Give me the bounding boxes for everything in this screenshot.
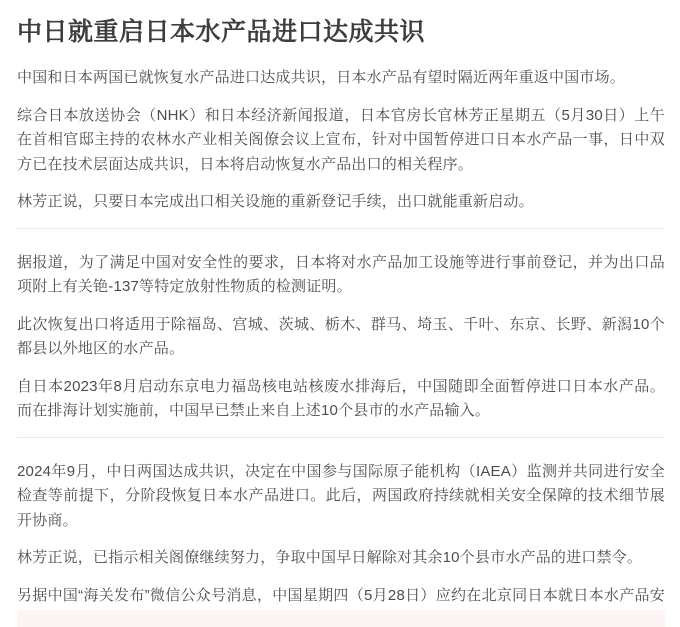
article-lead-paragraph: 中国和日本两国已就恢复水产品进口达成共识，日本水产品有望时隔近两年重返中国市场。	[17, 66, 665, 91]
section-divider	[17, 437, 665, 438]
article-paragraph: 2024年9月，中日两国达成共识，决定在中国参与国际原子能机构（IAEA）监测并…	[17, 460, 665, 534]
article-paragraph: 自日本2023年8月启动东京电力福岛核电站核废水排海后，中国随即全面暂停进口日本…	[17, 375, 665, 424]
news-article: 中日就重启日本水产品进口达成共识 中国和日本两国已就恢复水产品进口达成共识，日本…	[0, 0, 680, 627]
article-paragraph: 林芳正说，只要日本完成出口相关设施的重新登记手续，出口就能重新启动。	[17, 190, 665, 215]
section-divider	[17, 228, 665, 229]
article-title: 中日就重启日本水产品进口达成共识	[17, 15, 665, 49]
article-paragraph: 林芳正说，已指示相关阁僚继续努力，争取中国早日解除对其余10个县市水产品的进口禁…	[17, 546, 665, 571]
article-paragraph: 综合日本放送协会（NHK）和日本经济新闻报道，日本官房长官林芳正星期五（5月30…	[17, 104, 665, 178]
article-paragraph: 据报道，为了满足中国对安全性的要求，日本将对水产品加工设施等进行事前登记，并为出…	[17, 251, 665, 300]
article-paragraph: 此次恢复出口将适用于除福岛、宫城、茨城、栃木、群马、埼玉、千叶、东京、长野、新潟…	[17, 313, 665, 362]
next-section-panel	[17, 610, 665, 627]
